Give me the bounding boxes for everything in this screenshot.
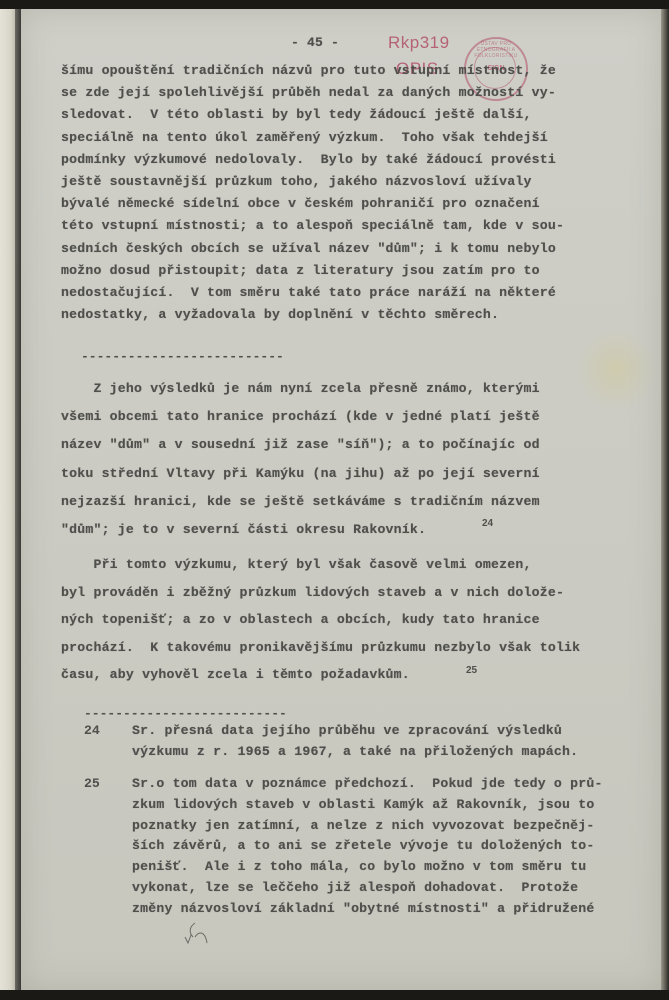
paragraph-1-line: této vstupní místnosti; a to alespoň spe… — [61, 218, 564, 234]
paragraph-2-line: všemi obcemi tato hranice prochází (kde … — [61, 409, 540, 425]
paragraph-1-line: šímu opouštění tradičních názvů pro tuto… — [61, 63, 556, 79]
footnote-line: poznatky jen zatímní, a nelze z nich vyv… — [132, 818, 595, 834]
footnote-separator: -------------------------- — [84, 706, 287, 721]
paragraph-3-line: Při tomto výzkumu, který byl však časově… — [61, 557, 532, 573]
catalog-mark: Rkp319 — [388, 33, 450, 53]
paragraph-2-line: Z jeho výsledků je nám nyní zcela přesně… — [61, 381, 540, 397]
paragraph-3-line: byl prováděn i zběžný průzkum lidových s… — [61, 585, 564, 601]
page-right-edge — [661, 9, 669, 990]
footnote-line: vykonat, lze se leččeho již alespoň doha… — [132, 880, 578, 896]
paragraph-2-line: nejzazší hranici, kde se ještě setkáváme… — [61, 494, 540, 510]
paragraph-2-line: název "dům" a v sousední již zase "síň")… — [61, 437, 540, 453]
footnote-ref-25: 25 — [466, 665, 477, 676]
footnote-line: ších závěrů, a to ani se zřetele vývoje … — [132, 838, 595, 854]
paragraph-1-line: sledovat. V této oblasti by byl tedy žád… — [61, 107, 532, 123]
footnote-line: Sr.o tom data v poznámce předchozí. Poku… — [132, 776, 603, 792]
paragraph-1-line: podmínky výzkumové nedolovaly. Bylo by t… — [61, 152, 556, 168]
footnote-line: zkum lidových staveb v oblasti Kamýk až … — [132, 797, 595, 813]
paragraph-1-line: se zde její spolehlivější průběh nedal z… — [61, 85, 556, 101]
document-page: - 45 - Rkp319 OPIS ÚSTAV PRO ETNOGRAFII … — [21, 9, 661, 990]
paragraph-1-line: bývalé německé sídelní obce v českém poh… — [61, 196, 540, 212]
paragraph-3-line: prochází. K takovému pronikavějšímu průz… — [61, 640, 580, 656]
pencil-correction-mark — [181, 921, 221, 949]
paragraph-3-line: ných topenišť; a zo v oblastech a obcích… — [61, 612, 540, 628]
section-separator: -------------------------- — [81, 349, 284, 364]
previous-page-edge — [0, 9, 15, 990]
footnote-number: 25 — [84, 776, 100, 791]
paragraph-1-line: nedostatky, a vyžadovala by doplnění v t… — [61, 307, 499, 323]
paragraph-3-line: času, aby vyhověl zcela i těmto požadavk… — [61, 667, 410, 683]
paragraph-1-line: speciálně na tento úkol zaměřený výzkum.… — [61, 130, 548, 146]
scanner-bottom-border — [0, 990, 669, 1000]
paragraph-1-line: ještě soustavnější průzkum toho, jakého … — [61, 174, 532, 190]
paragraph-2-line: "dům"; je to v severní části okresu Rako… — [61, 522, 426, 538]
footnote-line: výzkumu z r. 1965 a 1967, a také na přil… — [132, 744, 578, 760]
paragraph-1-line: nedostačující. V tom směru také tato prá… — [61, 285, 556, 301]
page-number: - 45 - — [291, 35, 339, 51]
footnote-line: změny názvosloví základní "obytné místno… — [132, 901, 595, 917]
footnote-ref-24: 24 — [482, 518, 493, 529]
paragraph-1-line: sedních českých obcích se užíval název "… — [61, 241, 556, 257]
footnote-number: 24 — [84, 723, 100, 738]
footnote-line: Sr. přesná data jejího průběhu ve zpraco… — [132, 723, 562, 739]
footnote-line: penišť. Ale i z toho mála, co bylo možno… — [132, 859, 586, 875]
paragraph-2-line: toku střední Vltavy při Kamýku (na jihu)… — [61, 466, 540, 482]
paragraph-1-line: možno dosud přistoupit; data z literatur… — [61, 263, 540, 279]
